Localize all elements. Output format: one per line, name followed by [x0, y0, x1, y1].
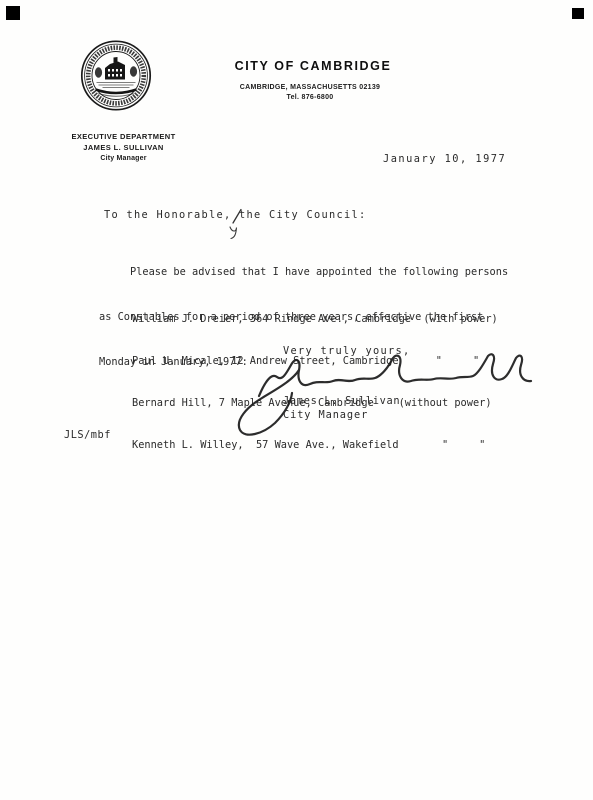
- signature-main-stroke: [259, 354, 531, 396]
- body-line: Please be advised that I have appointed …: [99, 265, 508, 280]
- letter-date: January 10, 1977: [383, 153, 506, 165]
- letterhead-phone: Tel. 876-6800: [287, 94, 334, 101]
- constable-line: William J. Dreier, 364 Rindge Ave., Camb…: [132, 312, 498, 326]
- pen-slash-mark: [233, 210, 241, 224]
- scanned-letter-page: CITY OF CAMBRIDGE CAMBRIDGE, MASSACHUSET…: [0, 0, 593, 800]
- reference-initials: JLS/mbf: [64, 429, 111, 441]
- signed-title: City Manager: [283, 409, 368, 421]
- scan-corner-mark-top-right: [572, 8, 584, 19]
- signed-name: James L. Sullivan: [283, 395, 400, 407]
- letterhead-address: CAMBRIDGE, MASSACHUSETTS 02139: [240, 84, 380, 91]
- executive-department-block: EXECUTIVE DEPARTMENT JAMES L. SULLIVAN C…: [40, 131, 207, 164]
- letterhead-title: CITY OF CAMBRIDGE: [235, 59, 392, 73]
- scan-corner-mark-top-left: [6, 6, 20, 20]
- seal-center-art: [95, 57, 137, 96]
- department-name: EXECUTIVE DEPARTMENT: [40, 131, 207, 142]
- city-of-cambridge-seal-icon: [79, 38, 153, 113]
- city-manager-title: City Manager: [40, 153, 207, 164]
- city-manager-name: JAMES L. SULLIVAN: [40, 142, 207, 153]
